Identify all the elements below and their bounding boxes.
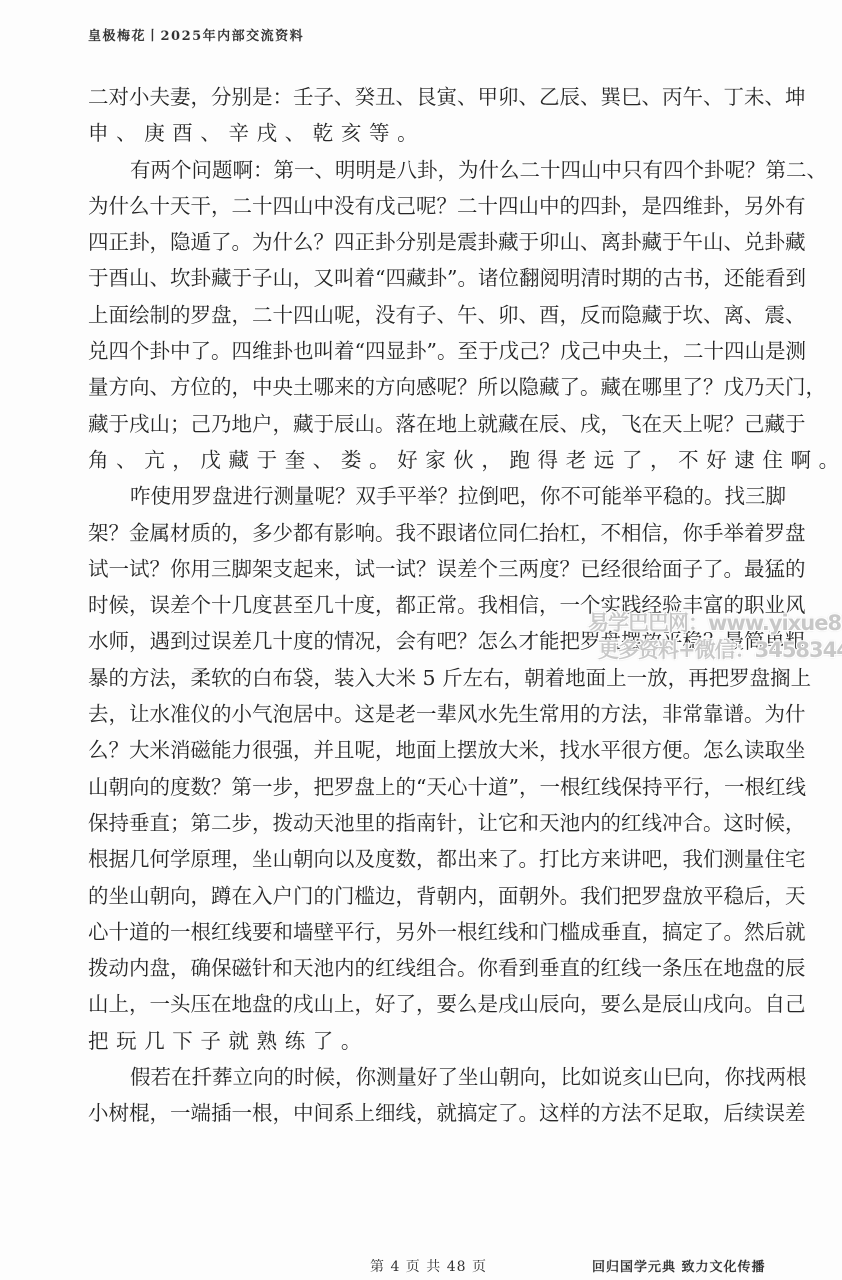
text-line: 根据几何学原理，坐山朝向以及度数，都出来了。打比方来讲吧，我们测量住宅	[88, 841, 778, 877]
page-header: 皇极梅花丨2025年内部交流资料	[88, 25, 304, 44]
text-line: 架？金属材质的，多少都有影响。我不跟诸位同仁抬杠，不相信，你手举着罗盘	[88, 515, 778, 551]
text-line: 藏于戌山；己乃地户，藏于辰山。落在地上就藏在辰、戌，飞在天上呢？己藏于	[88, 406, 778, 442]
paragraph: 假若在扦葬立向的时候，你测量好了坐山朝向，比如说亥山巳向，你找两根小树棍，一端插…	[88, 1059, 778, 1132]
text-line: 四正卦，隐遁了。为什么？四正卦分别是震卦藏于卯山、离卦藏于午山、兑卦藏	[88, 224, 778, 260]
paragraph: 咋使用罗盘进行测量呢？双手平举？拉倒吧，你不可能举平稳的。找三脚架？金属材质的，…	[88, 478, 778, 1059]
text-line: 暴的方法，柔软的白布袋，装入大米 5 斤左右，朝着地面上一放，再把罗盘搁上	[88, 660, 778, 696]
text-line: 于酉山、坎卦藏于子山，又叫着“四藏卦”。诸位翻阅明清时期的古书，还能看到	[88, 260, 778, 296]
text-line: 为什么十天干，二十四山中没有戊己呢？二十四山中的四卦，是四维卦，另外有	[88, 188, 778, 224]
text-line: 量方向、方位的，中央土哪来的方向感呢？所以隐藏了。藏在哪里了？戊乃天门，	[88, 369, 778, 405]
text-line: 么？大米消磁能力很强，并且呢，地面上摆放大米，找水平很方便。怎么读取坐	[88, 732, 778, 768]
text-line: 上面绘制的罗盘，二十四山呢，没有子、午、卯、酉，反而隐藏于坎、离、震、	[88, 297, 778, 333]
document-body: 二对小夫妻，分别是：壬子、癸丑、艮寅、甲卯、乙辰、巽巳、丙午、丁未、坤申、庚酉、…	[88, 79, 778, 1132]
text-line: 山上，一头压在地盘的戌山上，好了，要么是戌山辰向，要么是辰山戌向。自己	[88, 986, 778, 1022]
text-line: 把玩几下子就熟练了。	[88, 1023, 778, 1059]
text-line: 保持垂直；第二步，拨动天池里的指南针，让它和天池内的红线冲合。这时候，	[88, 805, 778, 841]
text-line: 心十道的一根红线要和墙壁平行，另外一根红线和门槛成垂直，搞定了。然后就	[88, 914, 778, 950]
text-line: 时候，误差个十几度甚至几十度，都正常。我相信，一个实践经验丰富的职业风	[88, 587, 778, 623]
text-line: 拨动内盘，确保磁针和天池内的红线组合。你看到垂直的红线一条压在地盘的辰	[88, 950, 778, 986]
text-line: 有两个问题啊：第一、明明是八卦，为什么二十四山中只有四个卦呢？第二、	[88, 152, 778, 188]
text-line: 山朝向的度数？第一步，把罗盘上的“天心十道”，一根红线保持平行，一根红线	[88, 769, 778, 805]
text-line: 小树棍，一端插一根，中间系上细线，就搞定了。这样的方法不足取，后续误差	[88, 1095, 778, 1131]
text-line: 去，让水准仪的小气泡居中。这是老一辈风水先生常用的方法，非常靠谱。为什	[88, 696, 778, 732]
paragraph: 有两个问题啊：第一、明明是八卦，为什么二十四山中只有四个卦呢？第二、为什么十天干…	[88, 152, 778, 479]
text-line: 申、庚酉、辛戌、乾亥等。	[88, 115, 778, 151]
text-line: 角、亢，戊藏于奎、娄。好家伙，跑得老远了，不好逮住啊。	[88, 442, 778, 478]
footer-slogan: 回归国学元典 致力文化传播	[592, 1256, 766, 1275]
text-line: 假若在扦葬立向的时候，你测量好了坐山朝向，比如说亥山巳向，你找两根	[88, 1059, 778, 1095]
text-line: 咋使用罗盘进行测量呢？双手平举？拉倒吧，你不可能举平稳的。找三脚	[88, 478, 778, 514]
document-page: 皇极梅花丨2025年内部交流资料 二对小夫妻，分别是：壬子、癸丑、艮寅、甲卯、乙…	[0, 0, 842, 1280]
text-line: 的坐山朝向，蹲在入户门的门槛边，背朝内，面朝外。我们把罗盘放平稳后，天	[88, 878, 778, 914]
text-line: 兑四个卦中了。四维卦也叫着“四显卦”。至于戊己？戊己中央土，二十四山是测	[88, 333, 778, 369]
page-number: 第 4 页 共 48 页	[370, 1256, 487, 1276]
text-line: 试一试？你用三脚架支起来，试一试？误差个三两度？已经很给面子了。最猛的	[88, 551, 778, 587]
text-line: 二对小夫妻，分别是：壬子、癸丑、艮寅、甲卯、乙辰、巽巳、丙午、丁未、坤	[88, 79, 778, 115]
text-line: 水师，遇到过误差几十度的情况，会有吧？怎么才能把罗盘摆放平稳？最简单粗	[88, 623, 778, 659]
paragraph: 二对小夫妻，分别是：壬子、癸丑、艮寅、甲卯、乙辰、巽巳、丙午、丁未、坤申、庚酉、…	[88, 79, 778, 152]
